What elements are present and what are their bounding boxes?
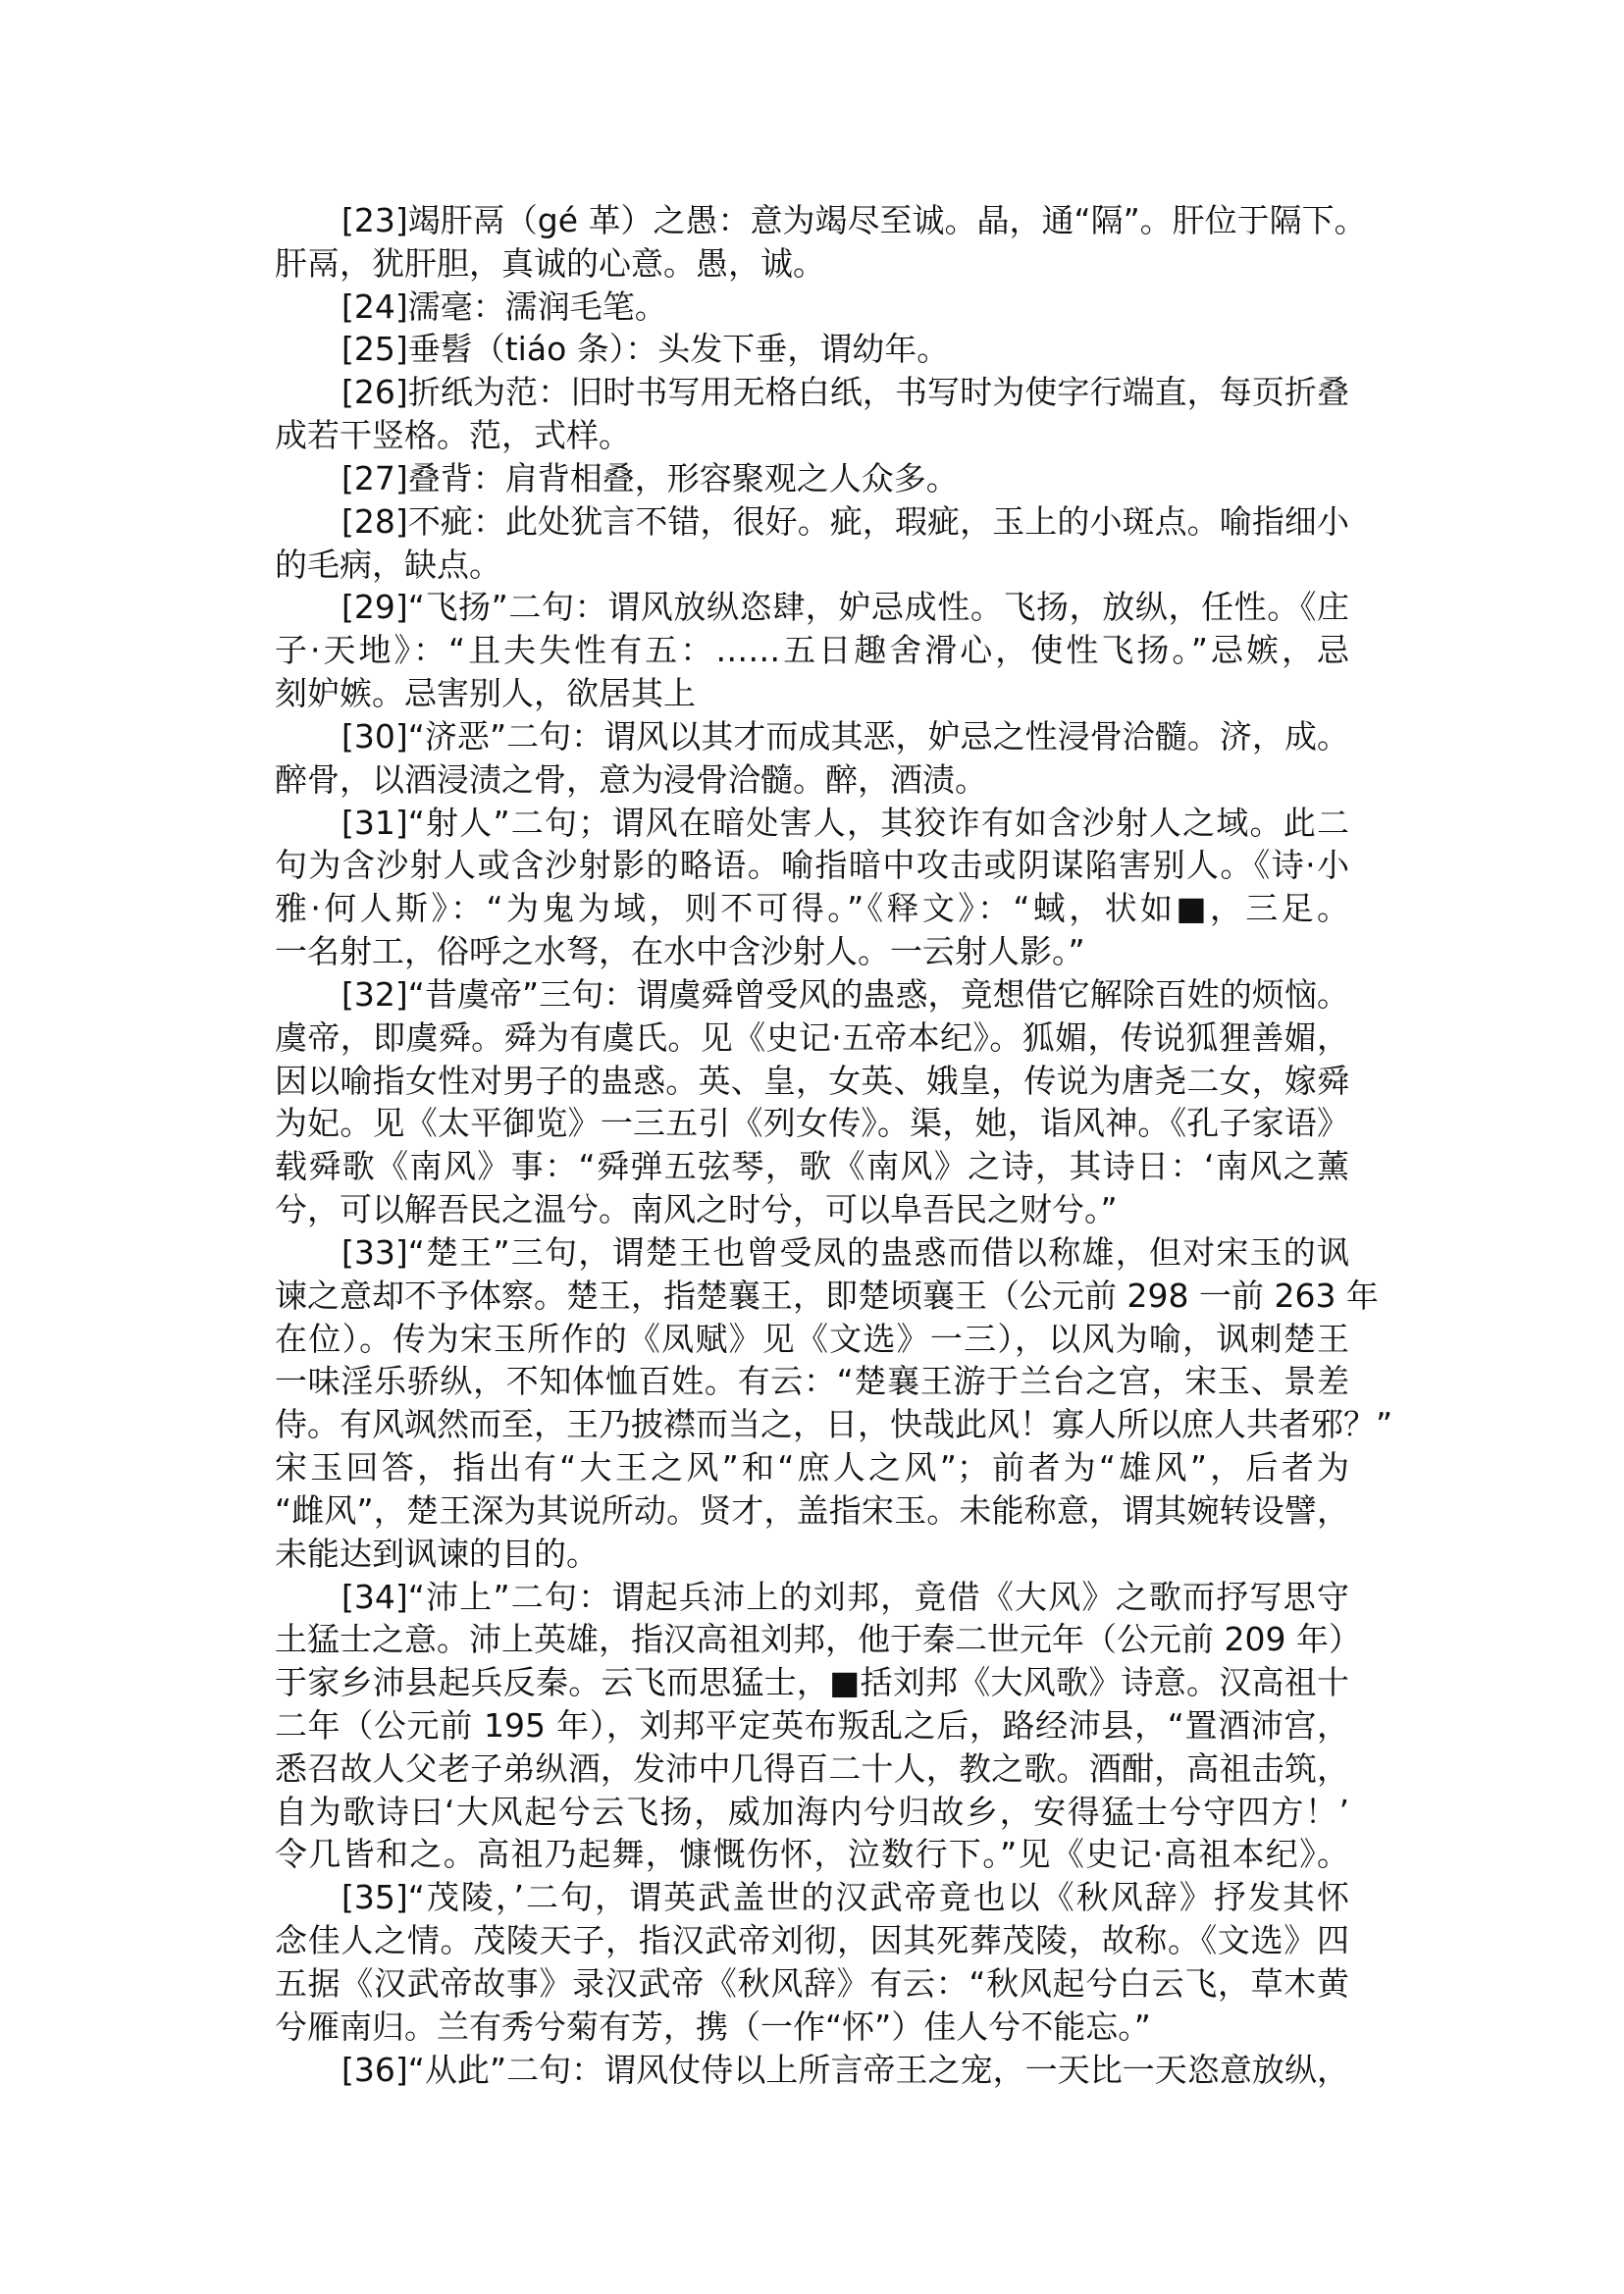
note-36: [36]“从此”二句：谓风仗侍以上所言帝王之宠，一天比一天恣意放纵， xyxy=(275,2049,1349,2092)
note-25: [25]垂髫（tiáo 条）：头发下垂，谓幼年。 xyxy=(275,328,1349,371)
note-line: 兮，可以解吾民之温兮。南风之时兮，可以阜吾民之财兮。” xyxy=(275,1188,1349,1231)
note-line: 五据《汉武帝故事》录汉武帝《秋风辞》有云：“秋风起兮白云飞，草木黄 xyxy=(275,1962,1349,2006)
note-line: 兮雁南归。兰有秀兮菊有芳，携（一作“怀”）佳人兮不能忘。” xyxy=(275,2006,1349,2049)
note-line: “雌风”，楚王深为其说所动。贤才，盖指宋玉。未能称意，谓其婉转设譬， xyxy=(275,1489,1349,1533)
note-24: [24]濡毫：濡润毛笔。 xyxy=(275,286,1349,329)
note-line: 二年（公元前 195 年），刘邦平定英布叛乱之后，路经沛县，“置酒沛宫， xyxy=(275,1704,1349,1747)
note-33: [33]“楚王”三句，谓楚王也曾受凤的蛊惑而借以称雄，但对宋玉的讽 谏之意却不予… xyxy=(275,1231,1349,1576)
note-line: 念佳人之情。茂陵天子，指汉武帝刘彻，因其死葬茂陵，故称。《文选》四 xyxy=(275,1919,1349,1962)
note-line: 在位）。传为宋玉所作的《凤赋》见《文选》一三），以风为喻，讽刺楚王 xyxy=(275,1318,1349,1361)
note-line: 悉召故人父老子弟纵酒，发沛中几得百二十人，教之歌。酒酣，高祖击筑， xyxy=(275,1747,1349,1791)
note-28: [28]不疵：此处犹言不错，很好。疵，瑕疵，玉上的小斑点。喻指细小 的毛病，缺点… xyxy=(275,500,1349,587)
note-line: 土猛士之意。沛上英雄，指汉高祖刘邦，他于秦二世元年（公元前 209 年） xyxy=(275,1618,1349,1661)
note-35: [35]“茂陵，’二句，谓英武盖世的汉武帝竟也以《秋风辞》抒发其怀 念佳人之情。… xyxy=(275,1876,1349,2048)
note-29: [29]“飞扬”二句：谓风放纵恣肆，妒忌成性。飞扬，放纵，任性。《庄 子·天地》… xyxy=(275,586,1349,714)
note-line: 句为含沙射人或含沙射影的略语。喻指暗中攻击或阴谋陷害别人。《诗·小 xyxy=(275,844,1349,887)
note-line: 成若干竖格。范，式样。 xyxy=(275,414,1349,457)
note-line: [24]濡毫：濡润毛笔。 xyxy=(275,286,1349,329)
note-line: 刻妒嫉。忌害别人，欲居其上 xyxy=(275,672,1349,715)
note-line: 子·天地》：“且夫失性有五：……五日趣舍滑心，使性飞扬。”忌嫉，忌 xyxy=(275,629,1349,672)
note-line: [23]竭肝鬲（gé 革）之愚：意为竭尽至诚。晶，通“隔”。肝位于隔下。 xyxy=(275,199,1349,242)
note-line: 一味淫乐骄纵，不知体恤百姓。有云：“楚襄王游于兰台之宫，宋玉、景差 xyxy=(275,1360,1349,1403)
note-line: [29]“飞扬”二句：谓风放纵恣肆，妒忌成性。飞扬，放纵，任性。《庄 xyxy=(275,586,1349,629)
note-31: [31]“射人”二句；谓风在暗处害人，其狡诈有如含沙射人之域。此二 句为含沙射人… xyxy=(275,802,1349,973)
note-line: [31]“射人”二句；谓风在暗处害人，其狡诈有如含沙射人之域。此二 xyxy=(275,802,1349,845)
note-line: 的毛病，缺点。 xyxy=(275,544,1349,587)
annotation-text-block: [23]竭肝鬲（gé 革）之愚：意为竭尽至诚。晶，通“隔”。肝位于隔下。 肝鬲，… xyxy=(275,199,1349,2091)
document-page: [23]竭肝鬲（gé 革）之愚：意为竭尽至诚。晶，通“隔”。肝位于隔下。 肝鬲，… xyxy=(0,0,1624,2294)
note-30: [30]“济恶”二句：谓风以其才而成其恶，妒忌之性浸骨洽髓。济，成。 醉骨，以酒… xyxy=(275,715,1349,802)
note-line: 宋玉回答，指出有“大王之风”和“庶人之风”；前者为“雄风”，后者为 xyxy=(275,1446,1349,1489)
note-line: [34]“沛上”二句：谓起兵沛上的刘邦，竟借《大风》之歌而抒写思守 xyxy=(275,1576,1349,1619)
note-23: [23]竭肝鬲（gé 革）之愚：意为竭尽至诚。晶，通“隔”。肝位于隔下。 肝鬲，… xyxy=(275,199,1349,286)
note-line: 为妃。见《太平御览》一三五引《列女传》。渠，她，诣风神。《孔子家语》 xyxy=(275,1102,1349,1145)
note-line: 自为歌诗曰‘大风起兮云飞扬，威加海内兮归故乡，安得猛士兮守四方！’ xyxy=(275,1791,1349,1834)
note-32: [32]“昔虞帝”三句：谓虞舜曾受风的蛊惑，竟想借它解除百姓的烦恼。 虞帝，即虞… xyxy=(275,973,1349,1231)
note-line: [26]折纸为范：旧时书写用无格白纸，书写时为使字行端直，每页折叠 xyxy=(275,371,1349,414)
note-line: [35]“茂陵，’二句，谓英武盖世的汉武帝竟也以《秋风辞》抒发其怀 xyxy=(275,1876,1349,1919)
note-line: 谏之意却不予体察。楚王，指楚襄王，即楚顷襄王（公元前 298 一前 263 年 xyxy=(275,1275,1349,1318)
note-line: 一名射工，俗呼之水弩，在水中含沙射人。一云射人影。” xyxy=(275,930,1349,973)
note-line: 醉骨，以酒浸渍之骨，意为浸骨洽髓。醉，酒渍。 xyxy=(275,758,1349,802)
note-line: [30]“济恶”二句：谓风以其才而成其恶，妒忌之性浸骨洽髓。济，成。 xyxy=(275,715,1349,758)
note-line: 未能达到讽谏的目的。 xyxy=(275,1533,1349,1576)
note-line: 肝鬲，犹肝胆，真诚的心意。愚，诚。 xyxy=(275,242,1349,286)
note-line: [27]叠背：肩背相叠，形容聚观之人众多。 xyxy=(275,457,1349,500)
note-line: 令几皆和之。高祖乃起舞，慷慨伤怀，泣数行下。”见《史记·高祖本纪》。 xyxy=(275,1833,1349,1876)
note-line: 因以喻指女性对男子的蛊惑。英、皇，女英、娥皇，传说为唐尧二女，嫁舜 xyxy=(275,1060,1349,1103)
note-line: [25]垂髫（tiáo 条）：头发下垂，谓幼年。 xyxy=(275,328,1349,371)
note-line: [32]“昔虞帝”三句：谓虞舜曾受风的蛊惑，竟想借它解除百姓的烦恼。 xyxy=(275,973,1349,1017)
note-line: 于家乡沛县起兵反秦。云飞而思猛士，■括刘邦《大风歌》诗意。汉高祖十 xyxy=(275,1661,1349,1704)
note-line: [28]不疵：此处犹言不错，很好。疵，瑕疵，玉上的小斑点。喻指细小 xyxy=(275,500,1349,544)
note-27: [27]叠背：肩背相叠，形容聚观之人众多。 xyxy=(275,457,1349,500)
note-34: [34]“沛上”二句：谓起兵沛上的刘邦，竟借《大风》之歌而抒写思守 土猛士之意。… xyxy=(275,1576,1349,1877)
note-line: 雅·何人斯》：“为鬼为域，则不可得。”《释文》：“蜮，状如■，三足。 xyxy=(275,887,1349,930)
note-line: [33]“楚王”三句，谓楚王也曾受凤的蛊惑而借以称雄，但对宋玉的讽 xyxy=(275,1231,1349,1275)
note-line: 载舜歌《南风》事：“舜弹五弦琴，歌《南风》之诗，其诗日：‘南风之薰 xyxy=(275,1145,1349,1188)
note-line: 虞帝，即虞舜。舜为有虞氏。见《史记·五帝本纪》。狐媚，传说狐狸善媚， xyxy=(275,1017,1349,1060)
note-26: [26]折纸为范：旧时书写用无格白纸，书写时为使字行端直，每页折叠 成若干竖格。… xyxy=(275,371,1349,457)
note-line: [36]“从此”二句：谓风仗侍以上所言帝王之宠，一天比一天恣意放纵， xyxy=(275,2049,1349,2092)
note-line: 侍。有风飒然而至，王乃披襟而当之，日，快哉此风！寡人所以庶人共者邪？” xyxy=(275,1403,1349,1446)
